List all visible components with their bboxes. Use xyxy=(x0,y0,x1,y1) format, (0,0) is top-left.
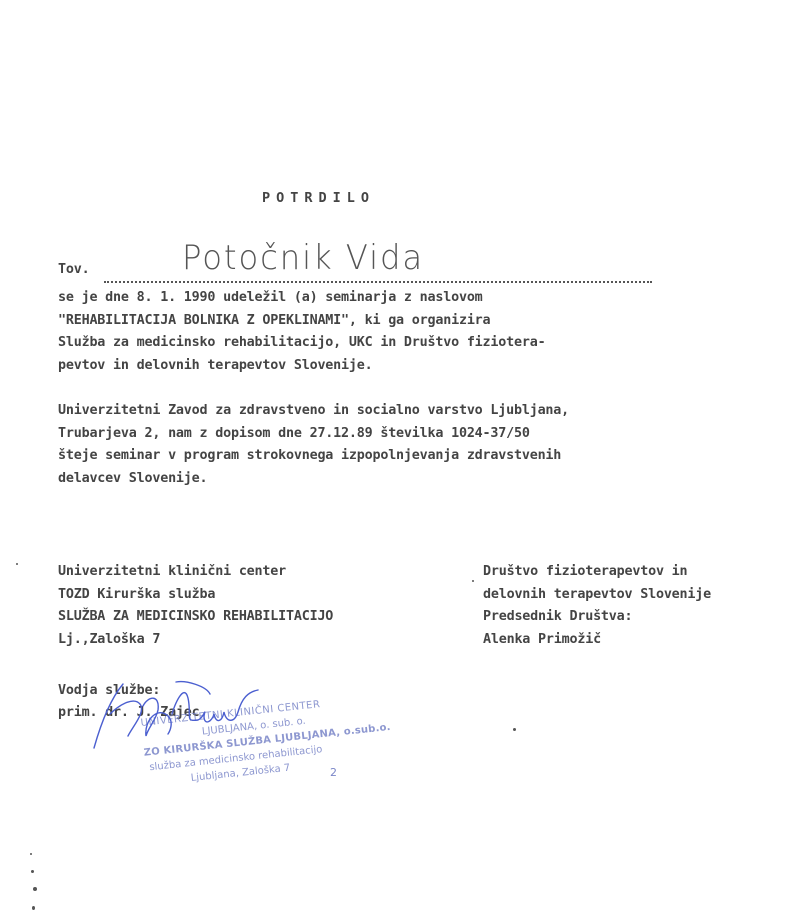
document-title: POTRDILO xyxy=(262,190,375,206)
text-line: delavcev Slovenije. xyxy=(58,468,569,491)
issuer-line: Društvo fizioterapevtov in xyxy=(483,561,711,584)
issuer-line: Alenka Primožič xyxy=(483,629,711,652)
issuer-line: Lj.,Zaloška 7 xyxy=(58,629,333,652)
issuer-line: SLUŽBA ZA MEDICINSKO REHABILITACIJO xyxy=(58,606,333,629)
recipient-name-handwritten: Potočnik Vida xyxy=(182,238,424,278)
handwritten-signature xyxy=(88,676,288,756)
scan-speck xyxy=(33,887,37,891)
name-underline xyxy=(104,281,652,283)
issuer-line: delovnih terapevtov Slovenije xyxy=(483,584,711,607)
scan-speck xyxy=(30,853,32,855)
scan-speck xyxy=(31,870,34,873)
salutation: Tov. xyxy=(58,262,89,277)
text-line: se je dne 8. 1. 1990 udeležil (a) semina… xyxy=(58,287,545,310)
issuer-line: TOZD Kirurška služba xyxy=(58,584,333,607)
issuer-line: Univerzitetni klinični center xyxy=(58,561,333,584)
paragraph-attendance: se je dne 8. 1. 1990 udeležil (a) semina… xyxy=(58,287,545,378)
scan-speck xyxy=(513,728,516,731)
text-line: pevtov in delovnih terapevtov Slovenije. xyxy=(58,355,545,378)
issuer-left: Univerzitetni klinični center TOZD Kirur… xyxy=(58,561,333,651)
text-line: Trubarjeva 2, nam z dopisom dne 27.12.89… xyxy=(58,423,569,446)
scan-speck xyxy=(472,580,474,582)
scan-speck xyxy=(32,906,35,910)
text-line: Univerzitetni Zavod za zdravstveno in so… xyxy=(58,400,569,423)
text-line: Služba za medicinsko rehabilitacijo, UKC… xyxy=(58,332,545,355)
issuer-line: Predsednik Društva: xyxy=(483,606,711,629)
issuer-right: Društvo fizioterapevtov in delovnih tera… xyxy=(483,561,711,651)
paragraph-accreditation: Univerzitetni Zavod za zdravstveno in so… xyxy=(58,400,569,491)
scan-speck xyxy=(16,563,18,565)
text-line: "REHABILITACIJA BOLNIKA Z OPEKLINAMI", k… xyxy=(58,310,545,333)
text-line: šteje seminar v program strokovnega izpo… xyxy=(58,445,569,468)
stamp-number: 2 xyxy=(330,766,337,779)
